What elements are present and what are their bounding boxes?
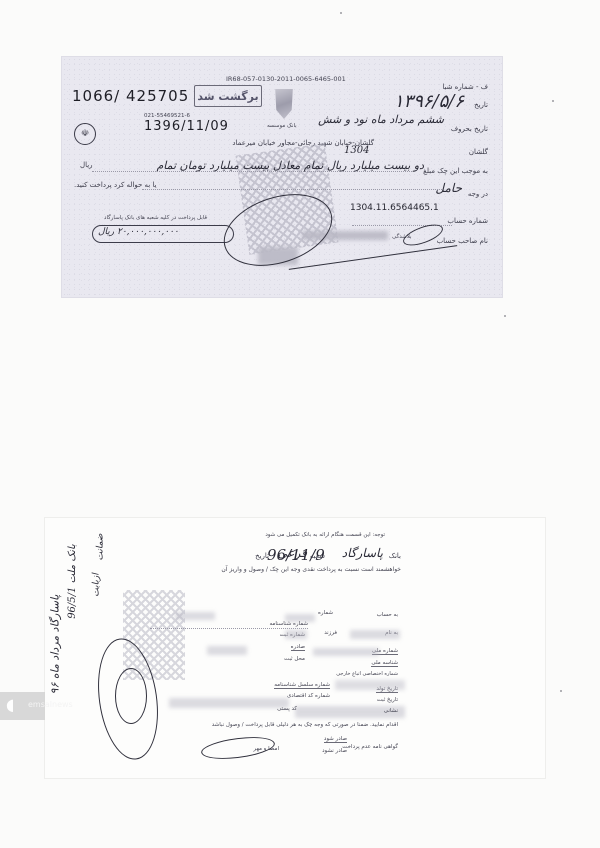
- serial-id-label: شماره سلسل شناسنامه: [274, 682, 330, 689]
- date-label: تاریخ: [474, 101, 488, 109]
- issued-no-option: صادر نشود: [322, 748, 347, 754]
- back-notice: توجه: این قسمت هنگام ارائه به بانک تکمیل…: [265, 532, 385, 538]
- foreign-id-label: شماره اختصاصی اتباع خارجی: [336, 671, 398, 677]
- redacted-issued: [207, 646, 247, 655]
- scan-speck: [504, 315, 506, 317]
- national-code-label: شناسه ملی: [371, 660, 398, 667]
- issued-label: صادره: [291, 644, 305, 651]
- account-number: 1304.11.6564465.1: [350, 203, 439, 213]
- signature-scribble: [200, 732, 276, 765]
- scan-speck: [552, 100, 554, 102]
- national-emblem-icon: ☫: [74, 123, 96, 145]
- scan-speck: [560, 690, 562, 692]
- scan-speck: [340, 12, 342, 14]
- pay-to-label: در وجه: [468, 190, 488, 198]
- postal-code-label: کد پستی: [277, 706, 297, 712]
- sheba-label: ف - شماره شبا: [442, 83, 488, 91]
- margin-note: ازبابت: [92, 573, 102, 596]
- check-back-image: پاسارگاد مرداد ماه ۹۶ 96/5/1 بانک ملت ضم…: [45, 518, 545, 778]
- check-front-image: ف - شماره شبا IR68-057-0130-2011-0065-64…: [62, 57, 502, 297]
- bank-logo-caption: بانک موسسه: [267, 123, 297, 129]
- date-in-words-label: تاریخ بحروف: [451, 125, 488, 133]
- site-logo-icon: ◖: [6, 695, 14, 714]
- request-text: خواهشمند است نسبت به پرداخت نقدی وجه این…: [221, 566, 401, 573]
- date-value: ۱۳۹۶/۵/۶: [394, 91, 464, 112]
- signature-scribble: [115, 668, 147, 724]
- redacted-national-id: [313, 648, 379, 656]
- redacted-address: [169, 698, 289, 708]
- address-label: نشانی: [384, 708, 398, 714]
- redacted-father: [285, 630, 307, 639]
- pay-order-suffix: یا به حواله کرد پرداخت کنید.: [74, 181, 157, 189]
- branch-label: گلشان: [469, 148, 488, 156]
- margin-note: پاسارگاد مرداد ماه ۹۶: [48, 595, 61, 695]
- returned-stamp: برگشت شد: [194, 85, 262, 107]
- pay-to-dotted-line: [142, 189, 442, 190]
- number-label: شماره: [318, 610, 333, 616]
- id-number-line: [150, 628, 308, 629]
- action-text: اقدام نمایید. ضمنا در صورتی که وجه چک به…: [212, 722, 398, 728]
- economic-code-label: شماره کد اقتصادی: [287, 693, 330, 699]
- account-number-label: شماره حساب: [447, 217, 488, 225]
- currency-label: ریال: [80, 161, 93, 169]
- reg-date-label: تاریخ ثبت: [377, 697, 398, 703]
- stamp-date: 1396/11/09: [144, 119, 229, 134]
- branch-code: 1304: [344, 145, 369, 156]
- bank-value: پاسارگاد: [342, 546, 383, 560]
- redacted-birth-date: [335, 680, 405, 690]
- date-value: 96/11/9: [267, 546, 325, 564]
- pay-to-value: حامل: [435, 181, 462, 195]
- site-watermark-badge: ◖ emsalnews: [0, 692, 45, 720]
- account-label: به حساب: [377, 612, 398, 618]
- account-holder-label: نام صاحب حساب: [437, 237, 488, 245]
- amount-dotted-line: [92, 171, 412, 172]
- reg-place-label: محل ثبت: [284, 656, 305, 662]
- id-number-label: شماره شناسنامه: [269, 621, 308, 627]
- amount-box-caption: قابل پرداخت در کلیه شعبه های بانک پاسارگ…: [104, 215, 207, 221]
- certificate-label: گواهی نامه عدم پرداخت: [342, 744, 398, 750]
- margin-note: ضمانت: [95, 534, 105, 561]
- redacted-account: [175, 612, 215, 620]
- redacted-name: [350, 630, 400, 639]
- child-of-label: فرزند: [324, 630, 337, 636]
- amount-label: به موجب این چک مبلغ: [423, 167, 488, 175]
- issued-yes-option: صادر شود: [324, 736, 347, 743]
- margin-note: 96/5/1 بانک ملت: [67, 544, 78, 619]
- date-in-words-value: ششم مرداد ماه نود و شش: [318, 113, 444, 126]
- iban-number: IR68-057-0130-2011-0065-6465-001: [226, 75, 346, 83]
- bank-label: بانک: [389, 552, 401, 560]
- check-serial-number: 1066/ 425705: [72, 87, 189, 105]
- site-watermark-text: emsalnews: [28, 700, 73, 709]
- numeric-amount: ۲۰,۰۰۰,۰۰۰,۰۰۰ ریال: [98, 227, 179, 237]
